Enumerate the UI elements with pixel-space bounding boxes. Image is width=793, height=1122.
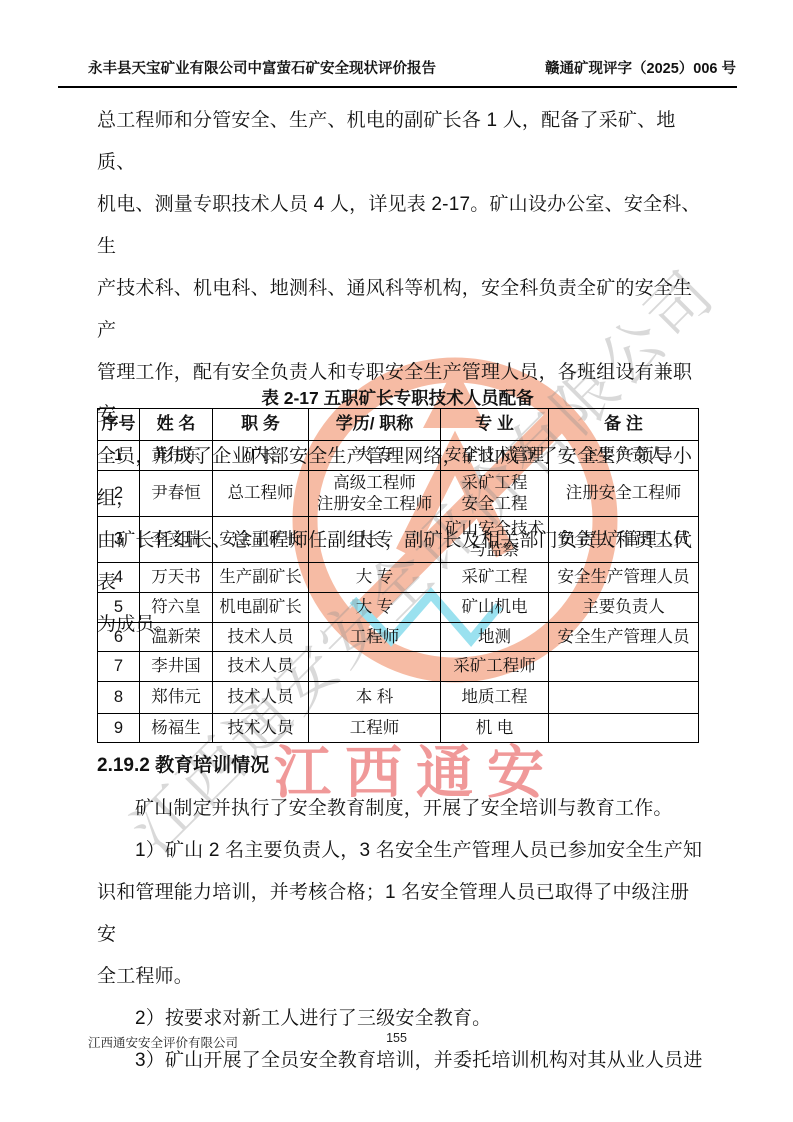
table-header-row: 序号 姓 名 职 务 学历/ 职称 专 业 备 注 (98, 409, 699, 441)
table-cell: 4 (98, 563, 140, 593)
table-row: 3 李文瑞 安全副矿长 大 专 矿山安全技术 与监察 安全生产管理人员 (98, 517, 699, 563)
column-header: 序号 (98, 409, 140, 441)
table-cell (549, 714, 699, 743)
table-row: 8 郑伟元 技术人员 本 科 地质工程 (98, 682, 699, 714)
page-content: 永丰县天宝矿业有限公司中富萤石矿安全现状评价报告 赣通矿现评字（2025）006… (0, 0, 793, 1122)
table-cell: 大 专 (309, 441, 441, 471)
report-title: 永丰县天宝矿业有限公司中富萤石矿安全现状评价报告 (88, 57, 436, 78)
table-cell: 李文瑞 (140, 517, 213, 563)
table-cell: 5 (98, 593, 140, 623)
table-cell: 地测 (441, 623, 549, 652)
table-cell: 李井国 (140, 652, 213, 682)
table-cell: 采矿工程 安全工程 (441, 471, 549, 517)
table-cell: 机 电 (441, 714, 549, 743)
table-cell: 高级工程师 注册安全工程师 (309, 471, 441, 517)
table-cell: 安全副矿长 (213, 517, 309, 563)
table-cell: 机电副矿长 (213, 593, 309, 623)
table-cell: 工程师 (309, 623, 441, 652)
paragraph-line: 1）矿山 2 名主要负责人，3 名安全生产管理人员已参加安全生产知 (97, 830, 705, 872)
table-cell: 技术人员 (213, 714, 309, 743)
table-cell: 6 (98, 623, 140, 652)
table-row: 9 杨福生 技术人员 工程师 机 电 (98, 714, 699, 743)
table-cell: 符六皇 (140, 593, 213, 623)
table-cell: 黄伟东 (140, 441, 213, 471)
paragraph-line: 机电、测量专职技术人员 4 人，详见表 2-17。矿山设办公室、安全科、生 (97, 184, 705, 268)
table-row: 7 李井国 技术人员 采矿工程师 (98, 652, 699, 682)
personnel-table: 序号 姓 名 职 务 学历/ 职称 专 业 备 注 1 黄伟东 矿长 大 专 安… (97, 408, 699, 743)
table-cell: 技术人员 (213, 652, 309, 682)
table-cell: 7 (98, 652, 140, 682)
table-cell: 9 (98, 714, 140, 743)
column-header: 备 注 (549, 409, 699, 441)
table-cell: 杨福生 (140, 714, 213, 743)
table-row: 1 黄伟东 矿长 大 专 安全技术管理 主要负责人 (98, 441, 699, 471)
paragraph-line: 产技术科、机电科、地测科、通风科等机构，安全科负责全矿的安全生产 (97, 268, 705, 352)
table-cell: 总工程师 (213, 471, 309, 517)
table-cell: 矿山安全技术 与监察 (441, 517, 549, 563)
table-cell: 主要负责人 (549, 593, 699, 623)
table-cell: 安全生产管理人员 (549, 623, 699, 652)
table-row: 4 万天书 生产副矿长 大 专 采矿工程 安全生产管理人员 (98, 563, 699, 593)
table-cell (549, 652, 699, 682)
doc-number: 赣通矿现评字（2025）006 号 (545, 57, 736, 78)
document-page: 江西通安安全评价有限公司 江西通安 永丰县天宝矿业有限公司中富萤石矿安全现状评价… (0, 0, 793, 1122)
footer-company-name: 江西通安安全评价有限公司 (88, 1033, 238, 1051)
table-cell: 采矿工程 (441, 563, 549, 593)
table-row: 2 尹春恒 总工程师 高级工程师 注册安全工程师 采矿工程 安全工程 注册安全工… (98, 471, 699, 517)
table-cell: 技术人员 (213, 682, 309, 714)
table-cell: 安全技术管理 (441, 441, 549, 471)
column-header: 学历/ 职称 (309, 409, 441, 441)
paragraph-line: 识和管理能力培训，并考核合格；1 名安全管理人员已取得了中级注册安 (97, 872, 705, 956)
column-header: 专 业 (441, 409, 549, 441)
table-row: 6 温新荣 技术人员 工程师 地测 安全生产管理人员 (98, 623, 699, 652)
table-cell: 尹春恒 (140, 471, 213, 517)
column-header: 职 务 (213, 409, 309, 441)
paragraph-line: 全工程师。 (97, 956, 705, 998)
table-cell: 大 专 (309, 517, 441, 563)
table-cell: 安全生产管理人员 (549, 517, 699, 563)
header-divider (58, 86, 737, 88)
table-cell: 生产副矿长 (213, 563, 309, 593)
table-cell: 8 (98, 682, 140, 714)
table-cell: 矿山机电 (441, 593, 549, 623)
paragraph-line: 矿山制定并执行了安全教育制度，开展了安全培训与教育工作。 (97, 788, 705, 830)
table-cell: 采矿工程师 (441, 652, 549, 682)
table-cell: 温新荣 (140, 623, 213, 652)
table-cell: 万天书 (140, 563, 213, 593)
table-cell: 工程师 (309, 714, 441, 743)
table-cell (309, 652, 441, 682)
table-cell: 大 专 (309, 563, 441, 593)
table-cell: 技术人员 (213, 623, 309, 652)
table-cell: 2 (98, 471, 140, 517)
table-cell: 矿长 (213, 441, 309, 471)
table-title: 表 2-17 五职矿长专职技术人员配备 (97, 385, 698, 410)
table-cell: 安全生产管理人员 (549, 563, 699, 593)
table-cell: 大 专 (309, 593, 441, 623)
column-header: 姓 名 (140, 409, 213, 441)
table-row: 5 符六皇 机电副矿长 大 专 矿山机电 主要负责人 (98, 593, 699, 623)
table-cell: 3 (98, 517, 140, 563)
table-cell (549, 682, 699, 714)
table-cell: 主要负责人 (549, 441, 699, 471)
table-cell: 本 科 (309, 682, 441, 714)
paragraph-line: 总工程师和分管安全、生产、机电的副矿长各 1 人，配备了采矿、地质、 (97, 100, 705, 184)
table-cell: 1 (98, 441, 140, 471)
table-cell: 注册安全工程师 (549, 471, 699, 517)
table-cell: 地质工程 (441, 682, 549, 714)
section-heading: 2.19.2 教育培训情况 (97, 750, 269, 777)
table-cell: 郑伟元 (140, 682, 213, 714)
